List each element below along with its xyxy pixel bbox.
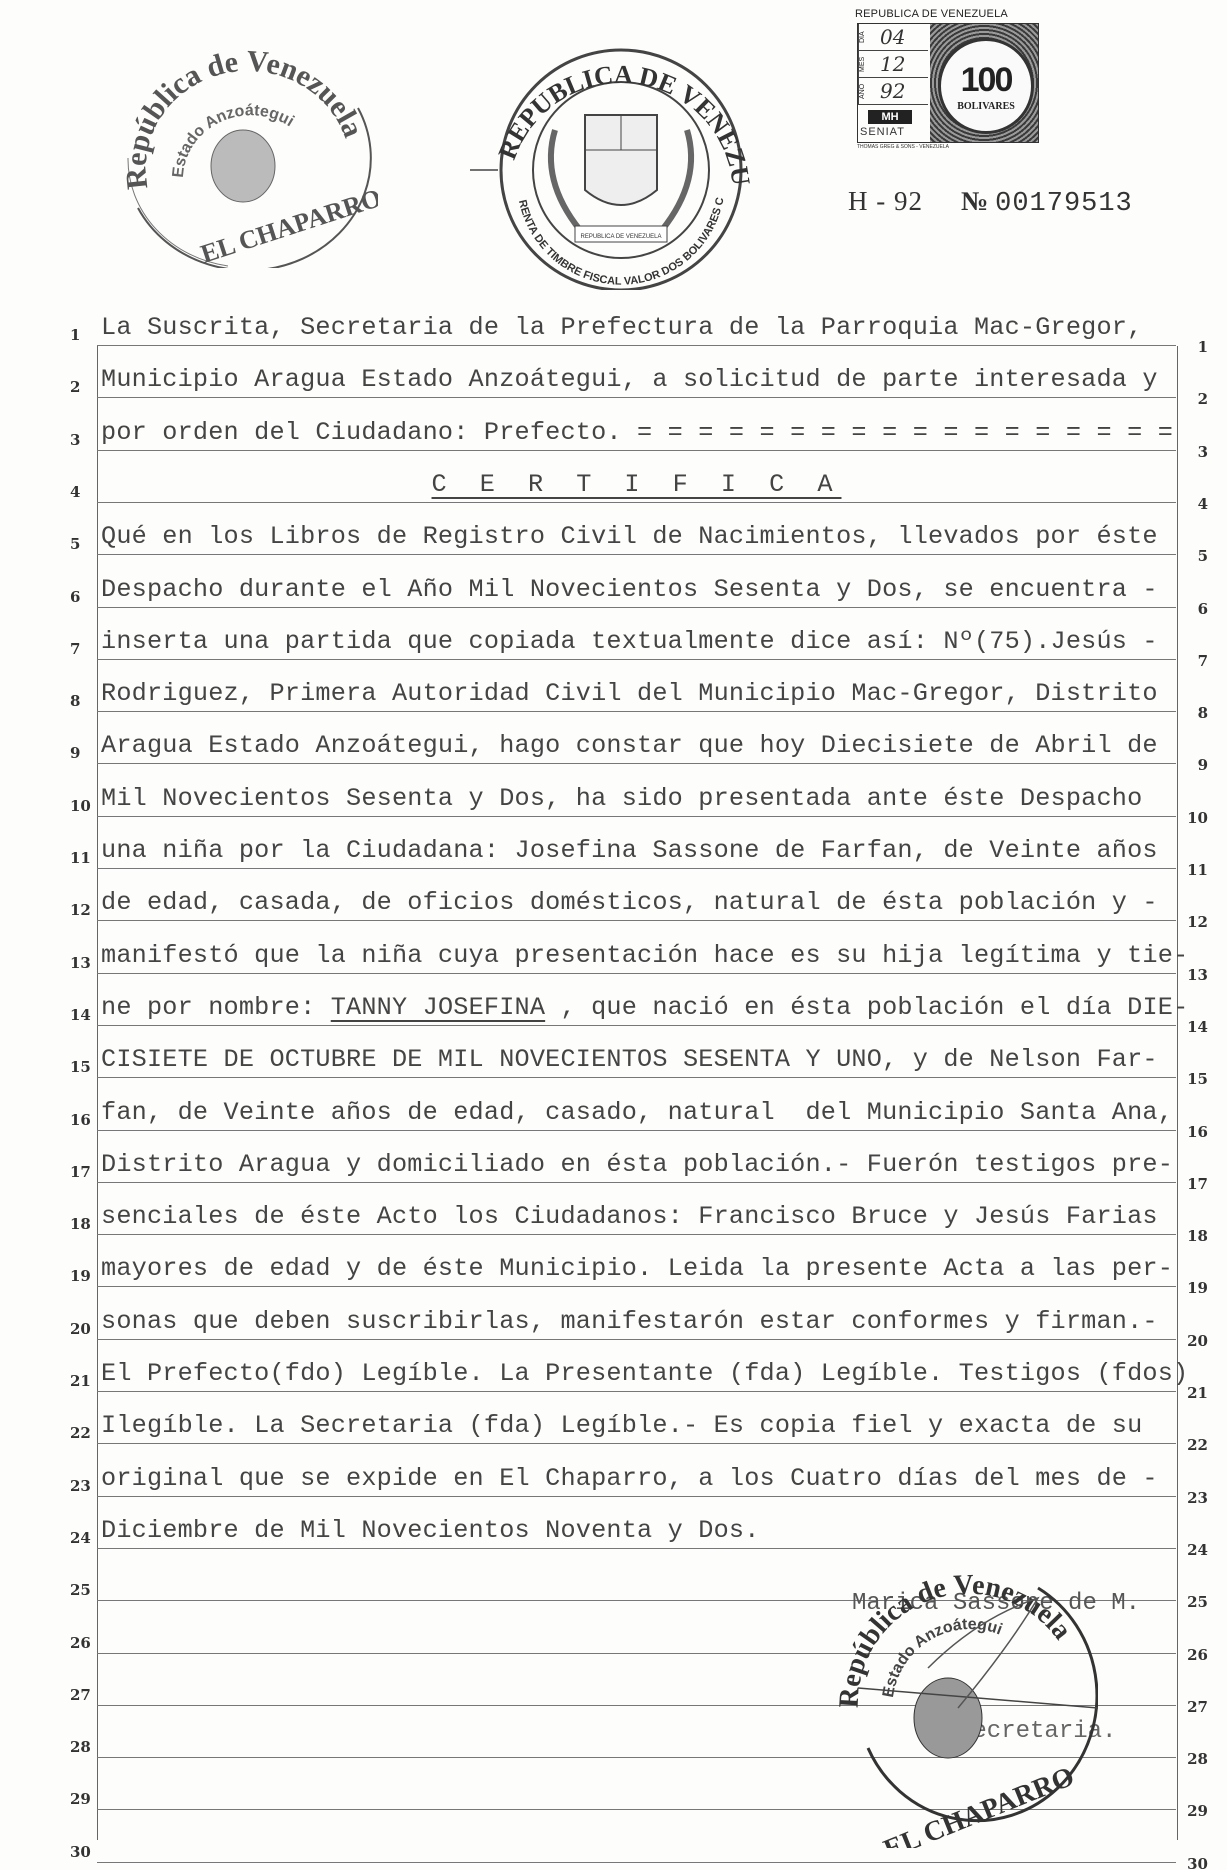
line-number-left: 23 — [70, 1477, 91, 1495]
stamp-body: DIA 04 MES 12 AÑO 92 MH SENIAT 100 BOLIV… — [857, 23, 1039, 143]
line-number-left: 19 — [70, 1267, 91, 1285]
certificate-line: original que se expide en El Chaparro, a… — [97, 1445, 1176, 1497]
line-number-right: 21 — [1187, 1384, 1208, 1402]
line-number-left: 25 — [70, 1581, 91, 1599]
certificate-line: La Suscrita, Secretaria de la Prefectura… — [97, 294, 1176, 346]
line-text: original que se expide en El Chaparro, a… — [101, 1464, 1158, 1493]
certificate-line: Ilegíble. La Secretaria (fda) Legíble.- … — [97, 1392, 1176, 1444]
line-number-right: 9 — [1198, 756, 1208, 774]
line-number-right: 11 — [1187, 861, 1208, 879]
line-number-left: 10 — [70, 797, 91, 815]
line-number-right: 16 — [1187, 1123, 1208, 1141]
certifica-heading: C E R T I F I C A — [97, 470, 1176, 499]
prefecture-seal-icon: República de Venezuela Estado Anzoátegui… — [108, 38, 378, 268]
certificate-line: Diciembre de Mil Novecientos Noventa y D… — [97, 1497, 1176, 1549]
stamp-year-row: AÑO 92 — [858, 78, 928, 105]
line-number-right: 2 — [1198, 390, 1208, 408]
line-number-right: 25 — [1187, 1593, 1208, 1611]
seniat-label: SENIAT — [860, 126, 905, 138]
certificate-line: Qué en los Libros de Registro Civil de N… — [97, 503, 1176, 555]
svg-text:REPUBLICA DE VENEZUELA: REPUBLICA DE VENEZUELA — [580, 234, 661, 240]
line-text: CISIETE DE OCTUBRE DE MIL NOVECIENTOS SE… — [101, 1045, 1158, 1074]
line-number-right: 1 — [1198, 338, 1208, 356]
mh-logo-icon: MH — [868, 110, 912, 124]
line-number-left: 22 — [70, 1424, 91, 1442]
line-text: Ilegíble. La Secretaria (fda) Legíble.- … — [101, 1411, 1142, 1440]
certificate-line: El Prefecto(fdo) Legíble. La Presentante… — [97, 1340, 1176, 1392]
line-number-right: 13 — [1187, 966, 1208, 984]
line-number-right: 26 — [1187, 1646, 1208, 1664]
line-text: manifestó que la niña cuya presentación … — [101, 941, 1188, 970]
line-number-right: 28 — [1187, 1750, 1208, 1768]
line-number-left: 12 — [70, 901, 91, 919]
certificate-line: por orden del Ciudadano: Prefecto. = = =… — [97, 399, 1176, 451]
line-number-left: 14 — [70, 1006, 91, 1024]
line-number-left: 17 — [70, 1163, 91, 1181]
line-number-left: 8 — [70, 692, 80, 710]
line-number-left: 20 — [70, 1320, 91, 1338]
line-number-right: 4 — [1198, 495, 1208, 513]
line-text: por orden del Ciudadano: Prefecto. = = =… — [101, 418, 1173, 447]
stamp-month-row: MES 12 — [858, 51, 928, 78]
line-number-left: 18 — [70, 1215, 91, 1233]
certificate-line: sonas que deben suscribirlas, manifestar… — [97, 1288, 1176, 1340]
line-number-left: 27 — [70, 1686, 91, 1704]
line-number-right: 3 — [1198, 443, 1208, 461]
stamp-value: 100 — [941, 61, 1031, 100]
serial-number: H - 92№00179513 — [848, 186, 1133, 219]
line-text: fan, de Veinte años de edad, casado, nat… — [101, 1098, 1173, 1127]
line-number-right: 22 — [1187, 1436, 1208, 1454]
serial-value: 00179513 — [995, 189, 1133, 219]
line-text: Aragua Estado Anzoátegui, hago constar q… — [101, 731, 1158, 760]
line-rule — [97, 1862, 1176, 1863]
line-text: Despacho durante el Año Mil Novecientos … — [101, 575, 1158, 604]
line-number-right: 15 — [1187, 1070, 1208, 1088]
line-number-left: 21 — [70, 1372, 91, 1390]
stamp-printer: THOMAS GREG & SONS - VENEZUELA — [857, 144, 949, 150]
child-name: TANNY JOSEFINA — [331, 993, 545, 1022]
line-text: El Prefecto(fdo) Legíble. La Presentante… — [101, 1359, 1188, 1388]
line-text: Municipio Aragua Estado Anzoátegui, a so… — [101, 365, 1158, 394]
line-number-right: 8 — [1198, 704, 1208, 722]
numero-sign-icon: № — [961, 186, 989, 216]
line-number-right: 30 — [1187, 1855, 1208, 1870]
certificate-line: fan, de Veinte años de edad, casado, nat… — [97, 1079, 1176, 1131]
line-text: Distrito Aragua y domiciliado en ésta po… — [101, 1150, 1173, 1179]
line-number-left: 7 — [70, 640, 80, 658]
line-text: de edad, casada, de oficios domésticos, … — [101, 888, 1158, 917]
line-text: una niña por la Ciudadana: Josefina Sass… — [101, 836, 1158, 865]
line-number-left: 3 — [70, 431, 80, 449]
line-number-left: 2 — [70, 378, 80, 396]
certificate-line: Rodriguez, Primera Autoridad Civil del M… — [97, 660, 1176, 712]
certificate-line: Despacho durante el Año Mil Novecientos … — [97, 556, 1176, 608]
line-text: La Suscrita, Secretaria de la Prefectura… — [101, 313, 1142, 342]
certificate-line: inserta una partida que copiada textualm… — [97, 608, 1176, 660]
line-number-left: 15 — [70, 1058, 91, 1076]
certificate-line: Municipio Aragua Estado Anzoátegui, a so… — [97, 346, 1176, 398]
stamp-day-row: DIA 04 — [858, 24, 928, 51]
line-number-left: 1 — [70, 326, 80, 344]
stamp-day-value: 04 — [880, 24, 905, 50]
certificate-page: República de Venezuela Estado Anzoátegui… — [0, 0, 1227, 1870]
certificate-line: una niña por la Ciudadana: Josefina Sass… — [97, 817, 1176, 869]
line-text: Mil Novecientos Sesenta y Dos, ha sido p… — [101, 784, 1142, 813]
stamp-date-grid: DIA 04 MES 12 AÑO 92 — [858, 24, 928, 104]
line-number-left: 16 — [70, 1111, 91, 1129]
certificate-line: C E R T I F I C A44 — [97, 451, 1176, 503]
certificate-line: CISIETE DE OCTUBRE DE MIL NOVECIENTOS SE… — [97, 1026, 1176, 1078]
line-number-left: 4 — [70, 483, 80, 501]
stamp-year-value: 92 — [880, 78, 905, 104]
line-number-right: 18 — [1187, 1227, 1208, 1245]
prefecture-seal-bottom-icon: República de Venezuela Estado Anzoátegui… — [838, 1558, 1098, 1848]
svg-text:EL CHAPARRO: EL CHAPARRO — [879, 1761, 1078, 1848]
stamp-value-panel: 100 BOLIVARES — [930, 24, 1038, 142]
line-text: inserta una partida que copiada textualm… — [101, 627, 1158, 656]
serial-series: H - 92 — [848, 186, 923, 216]
line-text: Rodriguez, Primera Autoridad Civil del M… — [101, 679, 1158, 708]
stamp-value-ring: 100 BOLIVARES — [938, 38, 1034, 134]
line-number-left: 6 — [70, 588, 80, 606]
certificate-line: de edad, casada, de oficios domésticos, … — [97, 869, 1176, 921]
line-number-left: 11 — [70, 849, 91, 867]
line-number-left: 9 — [70, 744, 80, 762]
line-number-right: 5 — [1198, 547, 1208, 565]
line-number-left: 5 — [70, 535, 80, 553]
line-number-right: 7 — [1198, 652, 1208, 670]
line-text: Qué en los Libros de Registro Civil de N… — [101, 522, 1158, 551]
certificate-line: Mil Novecientos Sesenta y Dos, ha sido p… — [97, 765, 1176, 817]
stamp-currency: BOLIVARES — [941, 101, 1031, 112]
line-text: senciales de éste Acto los Ciudadanos: F… — [101, 1202, 1158, 1231]
fiscal-revenue-stamp: REPUBLICA DE VENEZUELA DIA 04 MES 12 AÑO… — [855, 8, 1045, 158]
line-number-right: 14 — [1187, 1018, 1208, 1036]
stamp-title: REPUBLICA DE VENEZUELA — [855, 8, 1045, 20]
national-coat-of-arms-seal-icon: REPUBLICA DE VENEZUELA RENTA DE TIMBRE F… — [470, 30, 770, 290]
line-text: ne por nombre: TANNY JOSEFINA , que naci… — [101, 993, 1188, 1022]
line-text: mayores de edad y de éste Municipio. Lei… — [101, 1254, 1173, 1283]
line-number-right: 24 — [1187, 1541, 1208, 1559]
line-number-right: 29 — [1187, 1802, 1208, 1820]
certificate-line: manifestó que la niña cuya presentación … — [97, 922, 1176, 974]
stamp-month-value: 12 — [880, 51, 905, 77]
line-number-right: 17 — [1187, 1175, 1208, 1193]
line-number-right: 10 — [1187, 809, 1208, 827]
certificate-line: senciales de éste Acto los Ciudadanos: F… — [97, 1183, 1176, 1235]
certificate-line: mayores de edad y de éste Municipio. Lei… — [97, 1235, 1176, 1287]
line-number-left: 13 — [70, 954, 91, 972]
line-text: Diciembre de Mil Novecientos Noventa y D… — [101, 1516, 760, 1545]
line-number-right: 12 — [1187, 913, 1208, 931]
line-number-left: 30 — [70, 1843, 91, 1861]
line-number-left: 28 — [70, 1738, 91, 1756]
line-number-left: 26 — [70, 1634, 91, 1652]
line-number-right: 20 — [1187, 1332, 1208, 1350]
certificate-line: Aragua Estado Anzoátegui, hago constar q… — [97, 712, 1176, 764]
line-number-right: 19 — [1187, 1279, 1208, 1297]
line-number-left: 24 — [70, 1529, 91, 1547]
line-number-left: 29 — [70, 1790, 91, 1808]
line-number-right: 27 — [1187, 1698, 1208, 1716]
line-number-right: 6 — [1198, 600, 1208, 618]
line-text: sonas que deben suscribirlas, manifestar… — [101, 1307, 1158, 1336]
certificate-line: Distrito Aragua y domiciliado en ésta po… — [97, 1131, 1176, 1183]
certificate-line: ne por nombre: TANNY JOSEFINA , que naci… — [97, 974, 1176, 1026]
line-number-right: 23 — [1187, 1489, 1208, 1507]
